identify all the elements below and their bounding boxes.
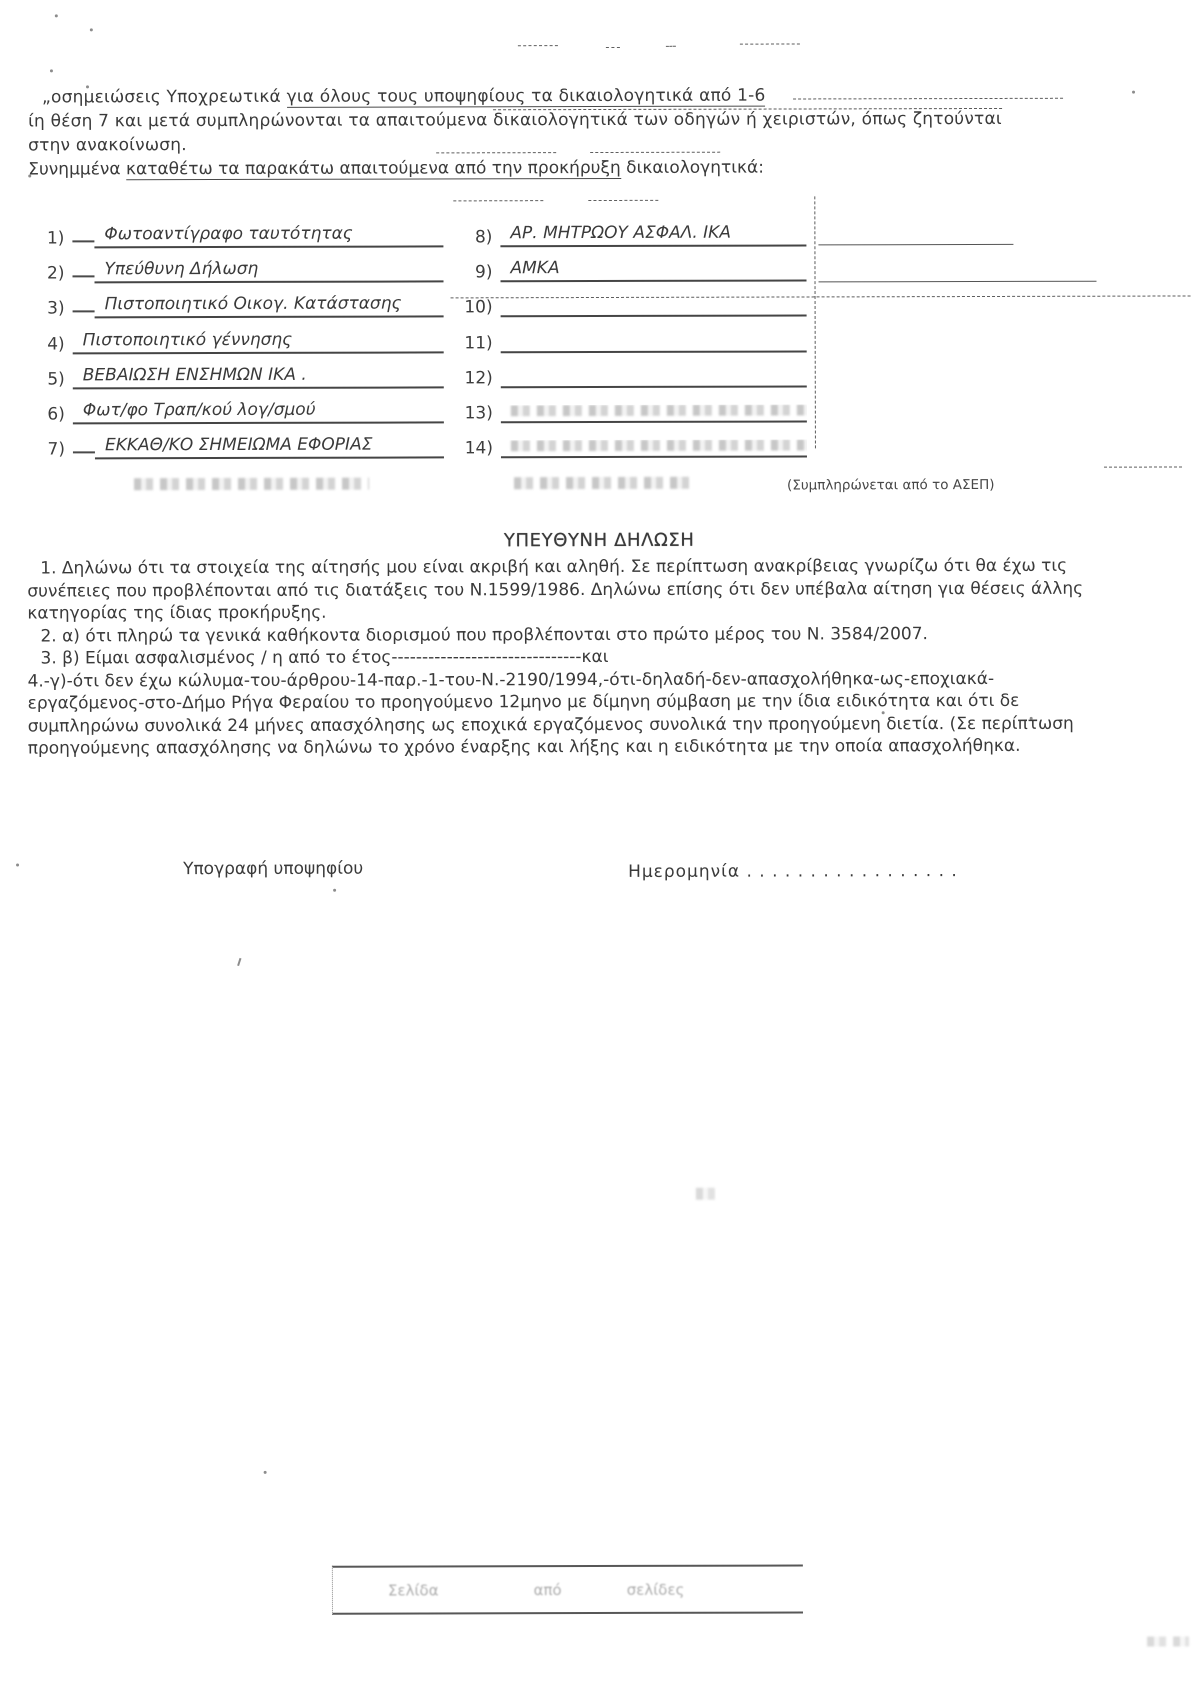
scan-speck [16, 864, 19, 867]
declaration-paragraph-1: 1. Δηλώνω ότι τα στοιχεία της αίτησής μο… [27, 555, 1091, 625]
checklist-row-12: 12) [449, 360, 807, 388]
documents-checklist: 1) Φωτοαντίγραφο ταυτότητας 2) Υπεύθυνη … [0, 0, 1198, 2]
item-label [501, 383, 807, 388]
item-label: Φωτοαντίγραφο ταυτότητας [94, 223, 443, 248]
scan-noise [0, 0, 1198, 2]
item-label [501, 312, 807, 317]
declaration-body: 1. Δηλώνω ότι τα στοιχεία της αίτησής μο… [27, 555, 1092, 760]
item-number: 10) [449, 297, 501, 317]
item-number: 5) [29, 369, 73, 389]
footer-page-box: Σελίδα από σελίδες [332, 1564, 803, 1614]
item-number: 2) [28, 263, 72, 283]
attach-suffix: δικαιολογητικά: [621, 158, 764, 178]
item-number: 3) [29, 298, 73, 318]
checklist-row-6: 6) Φωτ/φο Τραπ/κού λογ/σμού [29, 396, 444, 424]
item-number: 6) [29, 404, 73, 424]
signature-label: Υπογραφή υποψηφίου [183, 859, 363, 879]
attach-prefix2: Συνημμένα [28, 159, 126, 179]
scan-dash [1104, 466, 1182, 467]
header-line2-marked: δικαιολογητικά των οδηγών ή χειριστών, ό… [493, 108, 1002, 130]
scan-dash [740, 43, 800, 44]
item-number: 8) [448, 227, 500, 247]
checklist-row-10: 10) [449, 289, 807, 317]
illegible-stamp-smudge [134, 478, 369, 491]
dash-mark [73, 310, 95, 312]
checklist-row-14: 14) [449, 430, 807, 458]
scan-dash [518, 45, 558, 46]
scan-speck [333, 889, 336, 892]
header-line1-underlined: για όλους τους υποψηφίους τα δικαιολογητ… [287, 86, 766, 108]
checklist-row-3: 3) Πιστοποιητικό Οικογ. Κατάστασης [29, 290, 444, 318]
header-line-1: „οσημειώσεις Υποχρεωτικά για όλους τους … [42, 83, 1122, 110]
item-number: 13) [449, 403, 501, 423]
item-label [501, 404, 807, 423]
asep-row-line [819, 281, 1097, 283]
checklist-row-4: 4) Πιστοποιητικό γέννησης [29, 326, 444, 354]
footer-of-word: από [534, 1581, 562, 1599]
illegible-handwriting-smudge [511, 439, 807, 451]
scan-speck [86, 85, 89, 88]
checklist-row-7: 7) ΕΚΚΑΘ/ΚΟ ΣΗΜΕΙΩΜΑ ΕΦΟΡΙΑΣ [29, 431, 444, 459]
item-label: ΑΜΚΑ [500, 257, 806, 282]
scan-speck [882, 711, 885, 714]
item-label [501, 439, 807, 458]
checklist-row-2: 2) Υπεύθυνη Δήλωση [28, 255, 443, 283]
page-content: „οσημειώσεις Υποχρεωτικά για όλους τους … [0, 0, 1200, 1697]
illegible-handwriting-smudge [511, 404, 807, 416]
asep-column-divider [814, 196, 816, 448]
scan-dash [666, 46, 676, 47]
item-label [501, 348, 807, 353]
checklist-row-8: 8) ΑΡ. ΜΗΤΡΩΟΥ ΑΣΦΑΛ. ΙΚΑ [448, 219, 806, 247]
scan-speck [28, 174, 31, 177]
scan-dash [606, 47, 620, 48]
attach-intro-line: Συνημμένα καταθέτω τα παρακάτω απαιτούμε… [28, 157, 1108, 180]
scan-speck [55, 14, 58, 17]
item-label: Πιστοποιητικό Οικογ. Κατάστασης [95, 293, 444, 318]
item-label: ΑΡ. ΜΗΤΡΩΟΥ ΑΣΦΑΛ. ΙΚΑ [500, 222, 806, 247]
header-line2-prefix: ίη θέση 7 και μετά συμπληρώνονται τα απα… [28, 110, 493, 131]
item-number: 12) [449, 368, 501, 388]
declaration-paragraph-3: 3. β) Είμαι ασφαλισμένος / η από το έτος… [27, 645, 1091, 670]
item-number: 4) [29, 334, 73, 354]
scan-speck [1132, 91, 1135, 94]
item-number: 14) [449, 438, 501, 458]
dash-mark [72, 240, 94, 242]
scan-speck [50, 69, 53, 72]
item-label: Υπεύθυνη Δήλωση [94, 258, 443, 283]
checklist-row-13: 13) [449, 395, 807, 423]
item-label: ΕΚΚΑΘ/ΚΟ ΣΗΜΕΙΩΜΑ ΕΦΟΡΙΑΣ [95, 434, 444, 459]
date-label: Ημερομηνία . . . . . . . . . . . . . . .… [628, 861, 958, 882]
item-number: 9) [448, 262, 500, 282]
item-label: Πιστοποιητικό γέννησης [73, 329, 444, 354]
scan-speck [1030, 717, 1033, 720]
checklist-row-11: 11) [449, 325, 807, 353]
scan-speck [237, 958, 241, 966]
declaration-paragraph-4: 4.-γ)-ότι δεν έχω κώλυμα-του-άρθρου-14-π… [28, 667, 1092, 760]
asep-note: (Συμπληρώνεται από το ΑΣΕΠ) [787, 477, 994, 494]
header-line-2: ίη θέση 7 και μετά συμπληρώνονται τα απα… [28, 107, 1122, 134]
item-label: ΒΕΒΑΙΩΣΗ ΕΝΣΗΜΩΝ ΙΚΑ . [73, 364, 444, 389]
declaration-paragraph-2: 2. α) ότι πληρώ τα γενικά καθήκοντα διορ… [27, 622, 1091, 647]
declaration-title: ΥΠΕΥΘΥΝΗ ΔΗΛΩΣΗ [0, 528, 1199, 552]
checklist-row-9: 9) ΑΜΚΑ [448, 254, 806, 282]
item-number: 1) [28, 228, 72, 248]
header-line-3: στην ανακοίνωση. [28, 131, 1122, 158]
checklist-row-1: 1) Φωτοαντίγραφο ταυτότητας [28, 220, 443, 248]
scan-squiggle [696, 1188, 720, 1200]
scan-dash [453, 200, 543, 201]
scanned-document-page: „οσημειώσεις Υποχρεωτικά για όλους τους … [0, 0, 1200, 1697]
item-label: Φωτ/φο Τραπ/κού λογ/σμού [73, 399, 444, 424]
illegible-stamp-smudge [514, 477, 694, 489]
footer-page-word: Σελίδα [388, 1581, 439, 1599]
scan-dash [588, 200, 658, 201]
header-notes: „οσημειώσεις Υποχρεωτικά για όλους τους … [42, 83, 1122, 158]
header-line1-prefix: „οσημειώσεις Υποχρεωτικά [42, 87, 287, 108]
item-number: 7) [29, 439, 73, 459]
footer-pages-word: σελίδες [627, 1580, 685, 1598]
attach-underlined: καταθέτω τα παρακάτω απαιτούμενα από την… [126, 158, 621, 180]
checklist-row-5: 5) ΒΕΒΑΙΩΣΗ ΕΝΣΗΜΩΝ ΙΚΑ . [29, 361, 444, 389]
dash-mark [72, 275, 94, 277]
scan-speck [90, 28, 93, 31]
item-number: 11) [449, 333, 501, 353]
dash-mark [73, 451, 95, 453]
scan-mark [1147, 1636, 1189, 1646]
asep-row-line [818, 244, 1013, 246]
scan-speck [264, 1471, 267, 1474]
